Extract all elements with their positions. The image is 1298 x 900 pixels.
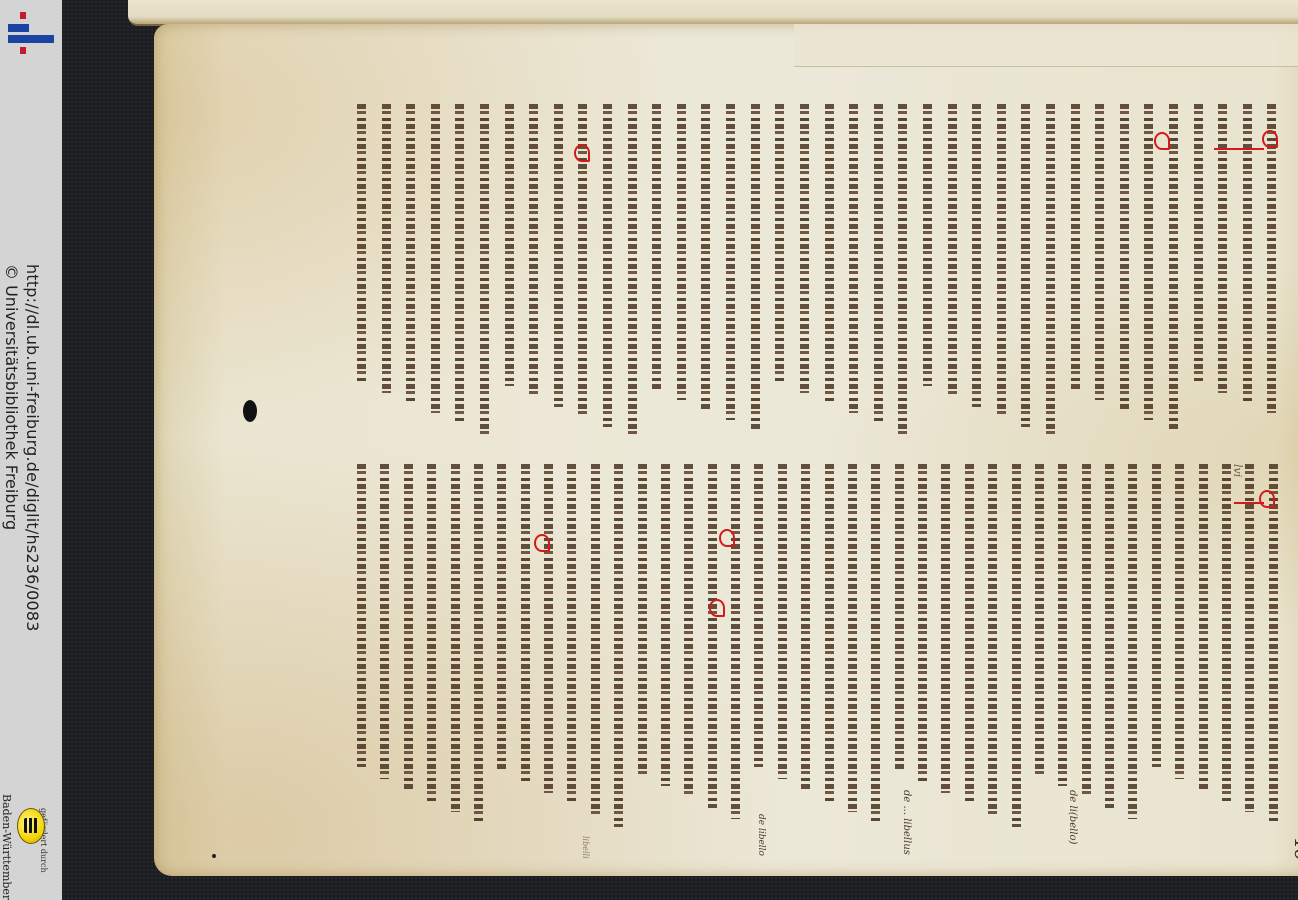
text-line: [603, 104, 612, 427]
text-line: [1128, 464, 1137, 819]
logo-red-square-bottom: [20, 47, 26, 54]
text-line: [1245, 464, 1254, 812]
text-line: [849, 104, 858, 413]
funder-name: Baden-Württemberg: [0, 794, 13, 900]
text-line: [848, 464, 857, 812]
text-line: [918, 464, 927, 782]
text-line: [708, 464, 717, 808]
text-line: [1152, 464, 1161, 767]
text-line: [825, 104, 834, 403]
text-line: [701, 104, 710, 410]
text-line: [1058, 464, 1067, 786]
text-line: [638, 464, 647, 775]
baden-wuerttemberg-coat-of-arms-icon: [17, 808, 45, 844]
text-line: [614, 464, 623, 827]
text-line: [1071, 104, 1080, 390]
adjacent-leaf-edge: [128, 0, 1298, 26]
text-line: [726, 104, 735, 420]
logo-blue-bar-short: [8, 24, 29, 32]
text-line: [567, 464, 576, 804]
text-line: [1269, 464, 1278, 823]
text-line: [874, 104, 883, 424]
text-line: [404, 464, 413, 790]
text-line: [1046, 104, 1055, 437]
text-line: [1095, 104, 1104, 400]
rubric-initial: [1259, 490, 1275, 508]
repair-strip: [794, 24, 1298, 67]
logo-red-square-top: [20, 12, 26, 19]
text-line: [775, 104, 784, 383]
text-line: [1222, 464, 1231, 801]
text-line: [1144, 104, 1153, 420]
text-line: [521, 464, 530, 782]
rubric-stroke: [1214, 148, 1264, 150]
margin-note: lvi: [1231, 464, 1244, 477]
page-hole: [243, 400, 257, 422]
text-line: [529, 104, 538, 396]
text-line: [1175, 464, 1184, 779]
text-line: [948, 104, 957, 396]
text-line: [455, 104, 464, 424]
ink-dot: [212, 854, 216, 858]
sidebar: http://dl.ub.uni-freiburg.de/diglit/hs23…: [0, 0, 63, 900]
text-line: [544, 464, 553, 793]
text-line: [628, 104, 637, 437]
text-line: [427, 464, 436, 801]
text-line: [591, 464, 600, 816]
margin-note: de ... libellus: [901, 790, 912, 855]
margin-note: libelli: [581, 836, 590, 859]
folio-number: 40: [1290, 836, 1298, 861]
text-line: [972, 104, 981, 407]
permalink-url[interactable]: http://dl.ub.uni-freiburg.de/diglit/hs23…: [23, 264, 42, 632]
text-line: [825, 464, 834, 801]
text-line: [677, 104, 686, 400]
text-line: [380, 464, 389, 779]
text-line: [965, 464, 974, 804]
copyright-notice: © Universitätsbibliothek Freiburg: [2, 264, 21, 530]
text-line: [754, 464, 763, 767]
text-line: [1267, 104, 1276, 413]
text-line: [451, 464, 460, 812]
text-line: [898, 104, 907, 434]
text-line: [778, 464, 787, 779]
manuscript-page[interactable]: 40 de libello oblato lvi de li(bello) de…: [154, 24, 1298, 876]
text-line: [895, 464, 904, 771]
text-line: [731, 464, 740, 819]
text-line: [1012, 464, 1021, 827]
text-line: [661, 464, 670, 786]
text-line: [554, 104, 563, 407]
text-line: [1082, 464, 1091, 797]
text-line: [382, 104, 391, 393]
text-line: [1194, 104, 1203, 383]
upper-text-block: [357, 104, 1292, 444]
text-line: [1035, 464, 1044, 775]
rubric-initial: [534, 534, 550, 552]
text-line: [923, 104, 932, 386]
rubric-initial: [1154, 132, 1170, 150]
text-line: [988, 464, 997, 816]
text-line: [357, 104, 366, 383]
text-line: [684, 464, 693, 797]
text-line: [480, 104, 489, 434]
rubric-stroke: [1234, 502, 1264, 504]
text-line: [801, 464, 810, 790]
margin-note: de libello: [756, 814, 766, 856]
logo-blue-bar-long: [8, 35, 54, 43]
text-line: [1169, 104, 1178, 430]
text-line: [1199, 464, 1208, 790]
text-line: [941, 464, 950, 793]
text-line: [751, 104, 760, 430]
text-line: [357, 464, 366, 767]
image-viewer[interactable]: 40 de libello oblato lvi de li(bello) de…: [62, 0, 1298, 900]
text-line: [406, 104, 415, 403]
rubric-initial: [1262, 130, 1278, 148]
text-line: [505, 104, 514, 386]
text-line: [997, 104, 1006, 417]
lower-text-block: [357, 464, 1292, 834]
text-line: [431, 104, 440, 413]
text-line: [1021, 104, 1030, 427]
text-line: [652, 104, 661, 390]
text-line: [497, 464, 506, 771]
rubric-initial: [719, 529, 735, 547]
ub-freiburg-logo[interactable]: [4, 10, 54, 54]
funder-block: gefördert durch Baden-Württemberg: [0, 780, 62, 900]
text-line: [474, 464, 483, 823]
text-line: [1105, 464, 1114, 808]
margin-note: de li(bello): [1067, 790, 1078, 844]
rubric-initial: [709, 599, 725, 617]
text-line: [1120, 104, 1129, 410]
text-line: [800, 104, 809, 393]
text-line: [871, 464, 880, 823]
rubric-initial: [574, 144, 590, 162]
